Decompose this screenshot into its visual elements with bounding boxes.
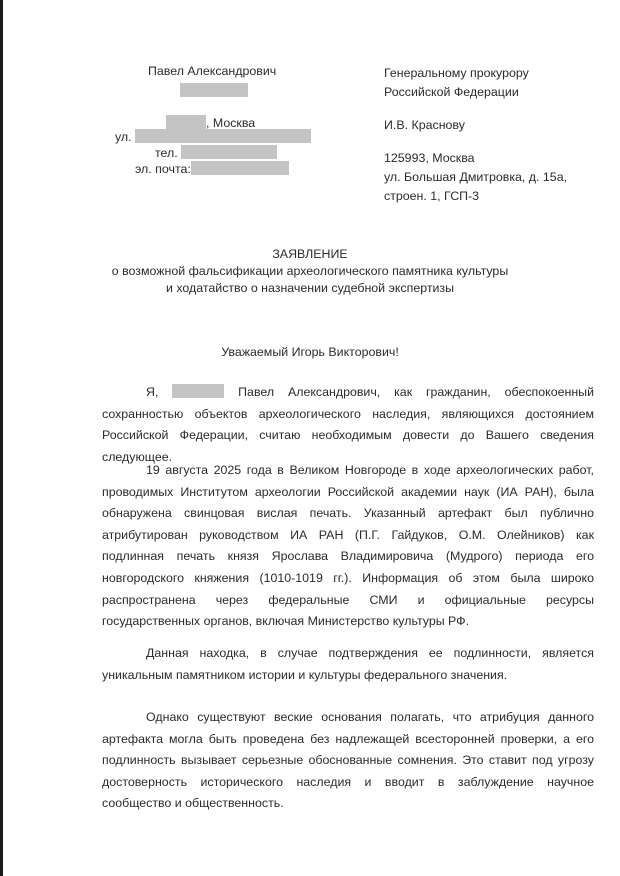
recipient-org: Российской Федерации: [384, 83, 567, 102]
sender-street: ул.: [115, 129, 311, 144]
scan-edge: [0, 0, 3, 876]
document-title: ЗАЯВЛЕНИЕ о возможной фальсификации архе…: [0, 246, 620, 297]
recipient-title: Генеральному прокурору: [384, 64, 567, 83]
redacted-phone: [181, 145, 277, 159]
recipient-address-2: ул. Большая Дмитровка, д. 15а,: [384, 168, 567, 187]
title-heading: ЗАЯВЛЕНИЕ: [0, 246, 620, 263]
redacted-street: [135, 129, 311, 143]
sender-phone: тел.: [155, 145, 277, 160]
recipient-block: Генеральному прокурору Российской Федера…: [384, 64, 567, 206]
paragraph-2: 19 августа 2025 года в Великом Новгороде…: [102, 460, 594, 633]
redacted-email: [191, 161, 289, 175]
recipient-address-3: строен. 1, ГСП-3: [384, 187, 567, 206]
greeting: Уважаемый Игорь Викторович!: [0, 345, 620, 359]
recipient-address-1: 125993, Москва: [384, 149, 567, 168]
redacted-surname-inline: [172, 384, 224, 398]
redacted-surname: [180, 83, 248, 98]
recipient-addressee: И.В. Краснову: [384, 116, 567, 135]
sender-email: эл. почта:: [135, 161, 289, 176]
sender-name: Павел Александрович: [148, 64, 276, 78]
paragraph-3: Данная находка, в случае подтверждения е…: [102, 643, 594, 686]
redacted-postcode: [166, 115, 206, 129]
paragraph-4: Однако существуют веские основания полаг…: [102, 707, 594, 815]
sender-city: , Москва: [166, 115, 255, 130]
title-subtitle-2: и ходатайство о назначении судебной эксп…: [0, 280, 620, 297]
paragraph-1: Я, Павел Александрович, как гражданин, о…: [102, 382, 594, 468]
title-subtitle-1: о возможной фальсификации археологическо…: [0, 263, 620, 280]
